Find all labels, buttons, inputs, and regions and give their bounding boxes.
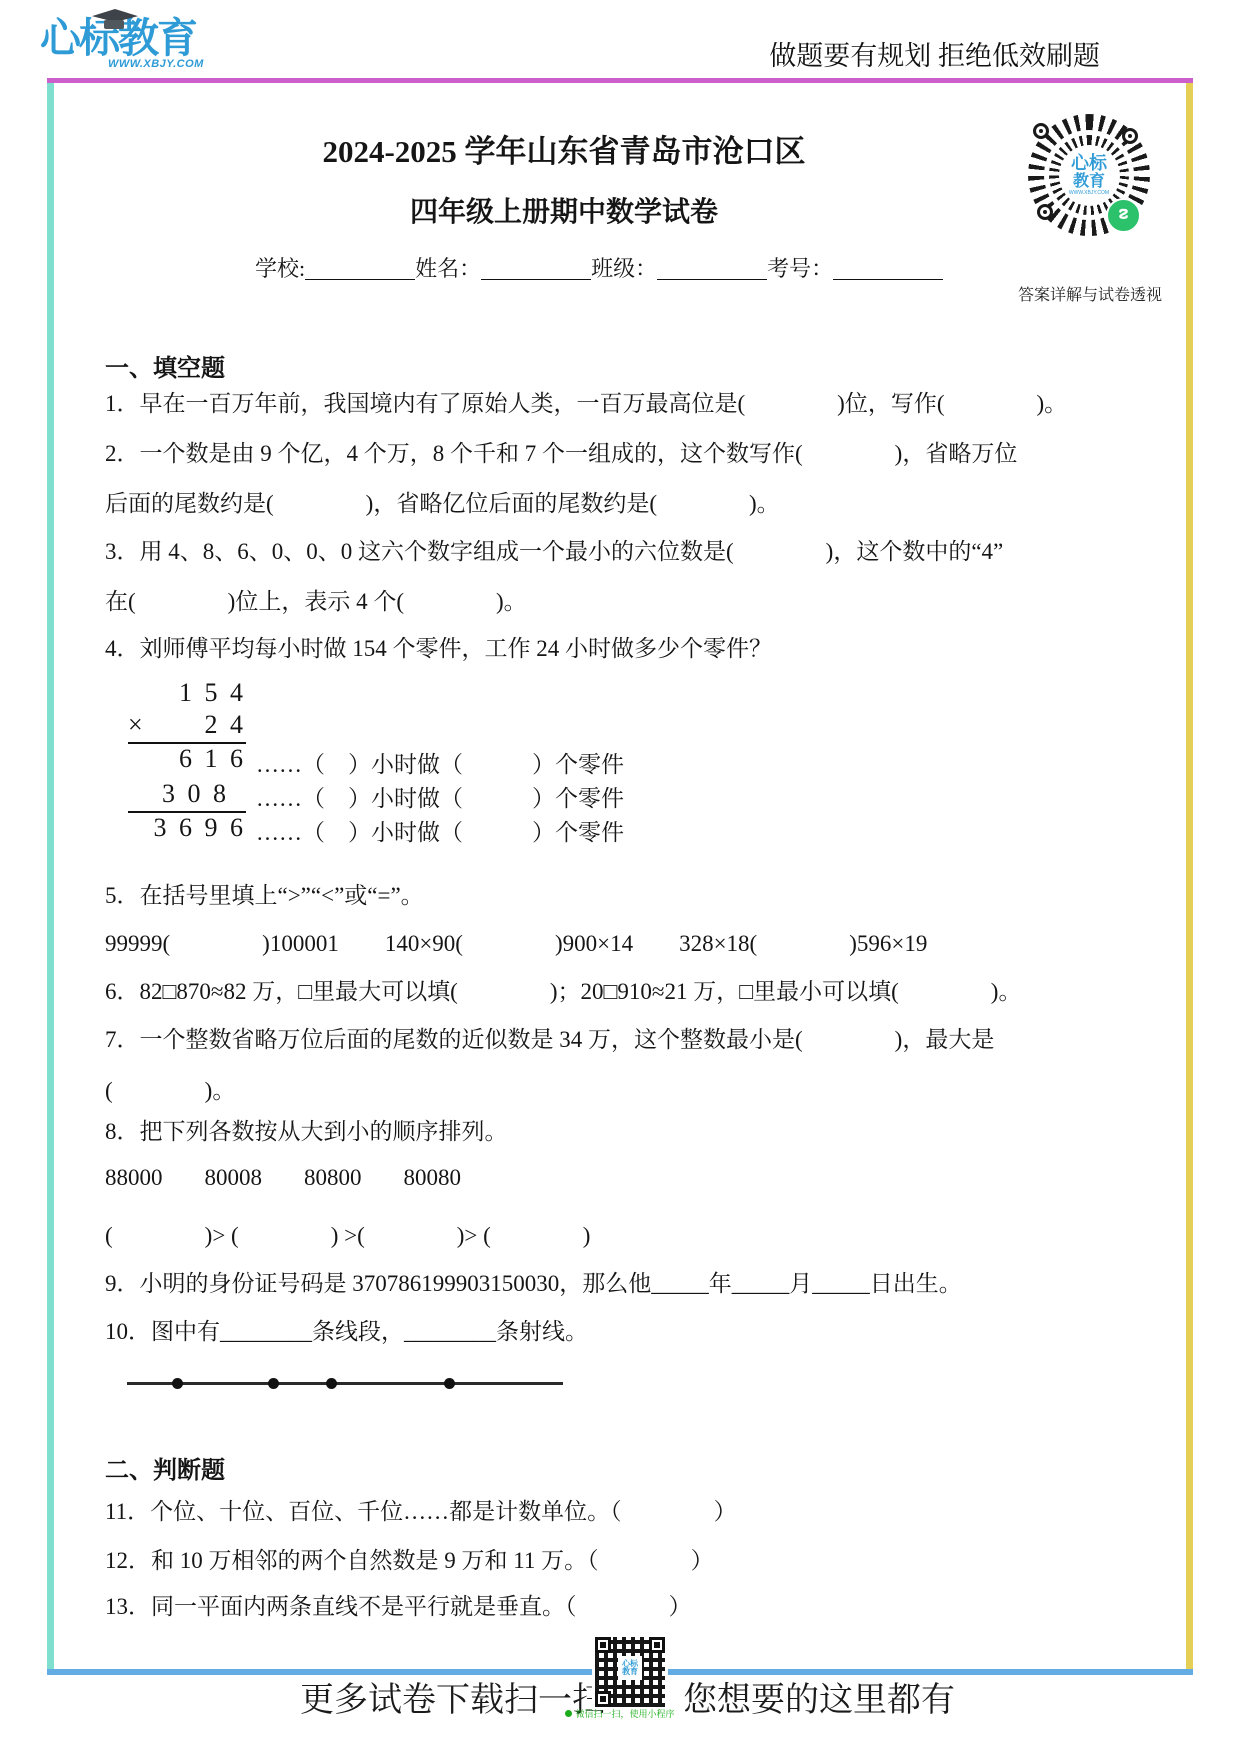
figure-point-icon <box>172 1378 183 1389</box>
content-left-border <box>47 83 54 1673</box>
brand-logo-url: WWW.XBJY.COM <box>108 58 204 70</box>
times-sign: × <box>128 710 146 742</box>
exam-paper-page: { "brand": { "name": "心标教育", "name_l1": … <box>0 0 1240 1754</box>
line-segment-figure <box>127 1382 563 1385</box>
qr-caption: 答案详解与试卷透视 <box>1000 282 1180 305</box>
exam-title-line2: 四年级上册期中数学试卷 <box>48 190 1080 230</box>
footer-qr-caption: 微信扫一扫，使用小程序 <box>540 1707 700 1720</box>
qr-finder-icon <box>595 1691 611 1707</box>
section-2-heading: 二、判断题 <box>105 1450 225 1485</box>
qr-center-logo: 心标 教育 WWW.XBJY.COM <box>1059 145 1120 206</box>
school-label: 学校: <box>255 256 305 281</box>
qr-center-logo: 心标 教育 <box>618 1656 642 1680</box>
brand-logo-text: 心标教育 <box>40 14 250 62</box>
qr-brand-line2: 教育 <box>1073 173 1105 190</box>
figure-point-icon <box>326 1378 337 1389</box>
figure-point-icon <box>444 1378 455 1389</box>
multiplicand-row: 1 5 4 <box>128 678 624 710</box>
qr-finder-icon <box>595 1637 611 1653</box>
partial-product-2: 3 0 8 <box>128 779 246 813</box>
figure-point-icon <box>268 1378 279 1389</box>
question-2-line1: 2．一个数是由 9 个亿，4 个万，8 个千和 7 个一组成的，这个数写作( )… <box>105 435 1017 468</box>
name-label: 姓名： <box>415 256 481 281</box>
question-3-line2: 在( )位上，表示 4 个( )。 <box>105 583 527 616</box>
header-slogan: 做题要有规划 拒绝低效刷题 <box>769 34 1100 73</box>
multiplication-worked-example: 1 5 4 ×2 4 6 1 6 ……（ ）小时做（ ）个零件 3 0 8 ……… <box>128 678 624 847</box>
class-label: 班级： <box>591 256 657 281</box>
product-row: 3 6 9 6 ……（ ）小时做（ ）个零件 <box>128 813 624 847</box>
wechat-icon <box>565 1710 572 1717</box>
partial-product-2-row: 3 0 8 ……（ ）小时做（ ）个零件 <box>128 779 624 813</box>
question-6: 6．82□870≈82 万，□里最大可以填( )；20□910≈21 万，□里最… <box>105 973 1021 1006</box>
name-blank <box>481 257 591 280</box>
question-4: 4．刘师傅平均每小时做 154 个零件，工作 24 小时做多少个零件？ <box>105 630 772 663</box>
question-5: 5．在括号里填上“>”“<”或“=”。 <box>105 877 424 910</box>
exam-title-line1: 2024-2025 学年山东省青岛市沧口区 <box>48 126 1080 171</box>
multiplier: 2 4 <box>205 710 247 742</box>
partial-2-blank-text: ……（ ）小时做（ ）个零件 <box>246 780 624 813</box>
question-9: 9．小明的身份证号码是 370786199903150030，那么他_____年… <box>105 1265 962 1298</box>
section-1-heading: 一、填空题 <box>105 348 225 383</box>
question-12: 12．和 10 万相邻的两个自然数是 9 万和 11 万。（ ） <box>105 1542 714 1575</box>
partial-product-1-row: 6 1 6 ……（ ）小时做（ ）个零件 <box>128 744 624 779</box>
brand-logo: 心标教育 WWW.XBJY.COM <box>40 14 250 80</box>
number-item: 80008 <box>205 1165 263 1191</box>
question-7-line1: 7．一个整数省略万位后面的尾数的近似数是 34 万，这个整数最小是( )，最大是 <box>105 1021 994 1054</box>
qr-brand-url: WWW.XBJY.COM <box>1069 190 1109 196</box>
partial-1-blank-text: ……（ ）小时做（ ）个零件 <box>246 746 624 779</box>
multiplicand: 1 5 4 <box>128 678 246 710</box>
product-total: 3 6 9 6 <box>128 813 246 847</box>
question-13: 13．同一平面内两条直线不是平行就是垂直。（ ） <box>105 1588 692 1621</box>
question-8-numbers: 88000800088080080080 <box>105 1165 461 1191</box>
header-divider <box>47 78 1193 83</box>
qr-finder-icon <box>1122 128 1138 144</box>
number-item: 88000 <box>105 1165 163 1191</box>
partial-product-1: 6 1 6 <box>128 744 246 779</box>
qr-finder-icon <box>1037 204 1053 220</box>
qr-finder-icon <box>1033 123 1049 139</box>
question-11: 11．个位、十位、百位、千位……都是计数单位。（ ） <box>105 1493 737 1526</box>
answers-qr-code: 心标 教育 WWW.XBJY.COM <box>1028 114 1150 236</box>
question-8: 8．把下列各数按从大到小的顺序排列。 <box>105 1113 508 1146</box>
multiplier-digits: ×2 4 <box>128 710 246 744</box>
footer-right-text: 您想要的这里都有 <box>683 1672 955 1721</box>
wechat-mini-program-icon <box>1106 198 1141 233</box>
examno-blank <box>833 257 943 280</box>
question-8-order-blanks: ( )> ( ) >( )> ( ) <box>105 1217 590 1250</box>
school-blank <box>305 257 415 280</box>
question-2-line2: 后面的尾数约是( )，省略亿位后面的尾数约是( )。 <box>105 485 780 518</box>
class-blank <box>657 257 767 280</box>
student-info-form: 学校:姓名：班级：考号： <box>255 252 943 283</box>
content-right-border <box>1186 83 1193 1673</box>
qr-finder-icon <box>649 1637 665 1653</box>
number-item: 80800 <box>304 1165 362 1191</box>
multiplier-row: ×2 4 <box>128 710 624 744</box>
download-qr-code: 心标 教育 <box>592 1634 668 1710</box>
question-5-comparisons: 99999( )100001 140×90( )900×14 328×18( )… <box>105 925 927 958</box>
examno-label: 考号： <box>767 256 833 281</box>
number-item: 80080 <box>404 1165 462 1190</box>
question-3-line1: 3．用 4、8、6、0、0、0 这六个数字组成一个最小的六位数是( )，这个数中… <box>105 533 1003 566</box>
footer-qr-caption-text: 微信扫一扫，使用小程序 <box>575 1709 674 1719</box>
question-10: 10．图中有________条线段，________条射线。 <box>105 1313 588 1346</box>
qr-brand-line1: 心标 <box>1071 154 1107 173</box>
question-1: 1．早在一百万年前，我国境内有了原始人类，一百万最高位是( )位，写作( )。 <box>105 385 1067 418</box>
mini-program-s-glyph <box>1114 206 1133 225</box>
graduation-cap-band-icon <box>104 20 124 29</box>
question-7-line2: ( )。 <box>105 1072 235 1105</box>
product-blank-text: ……（ ）小时做（ ）个零件 <box>246 814 624 847</box>
qr-brand-line2: 教育 <box>622 1668 638 1676</box>
